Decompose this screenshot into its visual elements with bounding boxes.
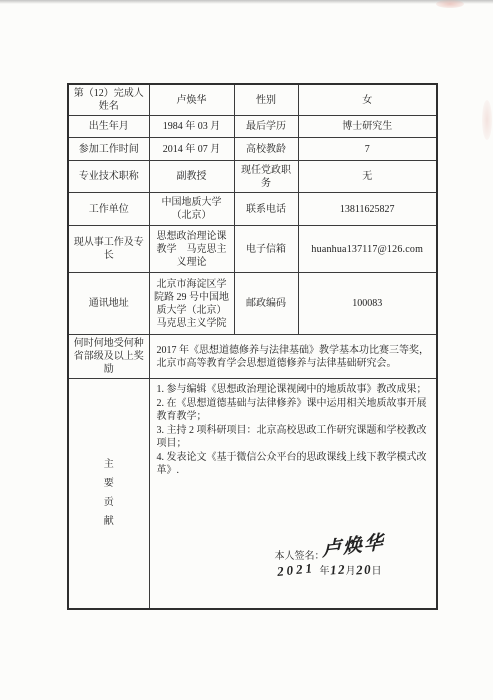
year-label: 年 bbox=[320, 566, 330, 577]
scanned-form-page: 第（12）完成人姓名 卢焕华 性别 女 出生年月 1984 年 03 月 最后学… bbox=[0, 0, 493, 700]
field-label-current-work: 现从事工作及专长 bbox=[68, 226, 149, 273]
field-label-postal-code: 邮政编码 bbox=[234, 273, 298, 335]
field-value-postal-code: 100083 bbox=[298, 273, 437, 335]
contribution-item: 1. 参与编辑《思想政治理论课视阈中的地质故事》教改成果； bbox=[157, 383, 430, 397]
field-value-employer: 中国地质大学（北京） bbox=[149, 193, 234, 226]
field-label-awards: 何时何地受何种省部级及以上奖励 bbox=[68, 335, 149, 379]
field-value-email: huanhua137117@126.com bbox=[298, 226, 437, 273]
field-label-main-contributions: 主要贡献 bbox=[68, 379, 149, 609]
field-label-professional-title: 专业技术职称 bbox=[68, 161, 149, 193]
field-value-current-work: 思想政治理论课教学 马克思主义理论 bbox=[149, 226, 234, 273]
table-row: 第（12）完成人姓名 卢焕华 性别 女 bbox=[68, 84, 437, 116]
field-label-birth-date: 出生年月 bbox=[68, 116, 149, 138]
table-row: 现从事工作及专长 思想政治理论课教学 马克思主义理论 电子信箱 huanhua1… bbox=[68, 226, 437, 273]
field-value-work-start: 2014 年 07 月 bbox=[149, 138, 234, 161]
table-row: 何时何地受何种省部级及以上奖励 2017 年《思想道德修养与法律基础》教学基本功… bbox=[68, 335, 437, 379]
main-contributions-vertical-label: 主要贡献 bbox=[102, 455, 115, 531]
field-value-mailing-address: 北京市海淀区学院路 29 号中国地质大学（北京）马克思主义学院 bbox=[149, 273, 234, 335]
field-value-professional-title: 副教授 bbox=[149, 161, 234, 193]
signature-line: 本人签名：卢焕华 bbox=[275, 547, 425, 563]
contribution-item: 4. 发表论文《基于微信公众平台的思政课线上线下教学模式改革》. bbox=[157, 451, 430, 478]
scan-smudge-right bbox=[482, 100, 492, 140]
table-row: 出生年月 1984 年 03 月 最后学历 博士研究生 bbox=[68, 116, 437, 138]
handwritten-month: 12 bbox=[329, 562, 346, 576]
contribution-item: 3. 主持 2 项科研项目：北京高校思政工作研究课题和学校教改项目； bbox=[157, 424, 430, 451]
table-row: 主要贡献 1. 参与编辑《思想政治理论课视阈中的地质故事》教改成果； 2. 在《… bbox=[68, 379, 437, 609]
handwritten-signature: 卢焕华 bbox=[322, 536, 385, 557]
field-label-email: 电子信箱 bbox=[234, 226, 298, 273]
field-label-mailing-address: 通讯地址 bbox=[68, 273, 149, 335]
field-value-party-position: 无 bbox=[298, 161, 437, 193]
day-label: 日 bbox=[372, 566, 382, 577]
field-value-birth-date: 1984 年 03 月 bbox=[149, 116, 234, 138]
month-label: 月 bbox=[346, 566, 356, 577]
field-value-main-contributions: 1. 参与编辑《思想政治理论课视阈中的地质故事》教改成果； 2. 在《思想道德基… bbox=[149, 379, 437, 609]
field-label-party-position: 现任党政职务 bbox=[234, 161, 298, 193]
handwritten-day: 20 bbox=[355, 562, 372, 576]
scan-smudge-top-right bbox=[436, 0, 464, 8]
field-label-gender: 性别 bbox=[234, 84, 298, 116]
field-value-teaching-years: 7 bbox=[298, 138, 437, 161]
contribution-item: 2. 在《思想道德基础与法律修养》课中运用相关地质故事开展教育教学； bbox=[157, 397, 430, 424]
signature-label: 本人签名： bbox=[275, 551, 325, 562]
field-value-final-education: 博士研究生 bbox=[298, 116, 437, 138]
table-row: 通讯地址 北京市海淀区学院路 29 号中国地质大学（北京）马克思主义学院 邮政编… bbox=[68, 273, 437, 335]
signature-date-line: 2021年12月20日 bbox=[277, 563, 425, 578]
field-label-teaching-years: 高校教龄 bbox=[234, 138, 298, 161]
field-label-employer: 工作单位 bbox=[68, 193, 149, 226]
table-row: 参加工作时间 2014 年 07 月 高校教龄 7 bbox=[68, 138, 437, 161]
completer-info-table: 第（12）完成人姓名 卢焕华 性别 女 出生年月 1984 年 03 月 最后学… bbox=[67, 83, 438, 610]
handwritten-year: 2021 bbox=[276, 561, 315, 578]
field-label-completer-name: 第（12）完成人姓名 bbox=[68, 84, 149, 116]
table-row: 工作单位 中国地质大学（北京） 联系电话 13811625827 bbox=[68, 193, 437, 226]
signature-block: 本人签名：卢焕华 2021年12月20日 bbox=[275, 547, 425, 578]
field-value-awards: 2017 年《思想道德修养与法律基础》教学基本功比赛三等奖，北京市高等教育学会思… bbox=[149, 335, 437, 379]
table-row: 专业技术职称 副教授 现任党政职务 无 bbox=[68, 161, 437, 193]
field-label-phone: 联系电话 bbox=[234, 193, 298, 226]
field-label-work-start: 参加工作时间 bbox=[68, 138, 149, 161]
field-value-phone: 13811625827 bbox=[298, 193, 437, 226]
field-label-final-education: 最后学历 bbox=[234, 116, 298, 138]
scan-edge-shadow bbox=[0, 0, 493, 4]
field-value-completer-name: 卢焕华 bbox=[149, 84, 234, 116]
field-value-gender: 女 bbox=[298, 84, 437, 116]
